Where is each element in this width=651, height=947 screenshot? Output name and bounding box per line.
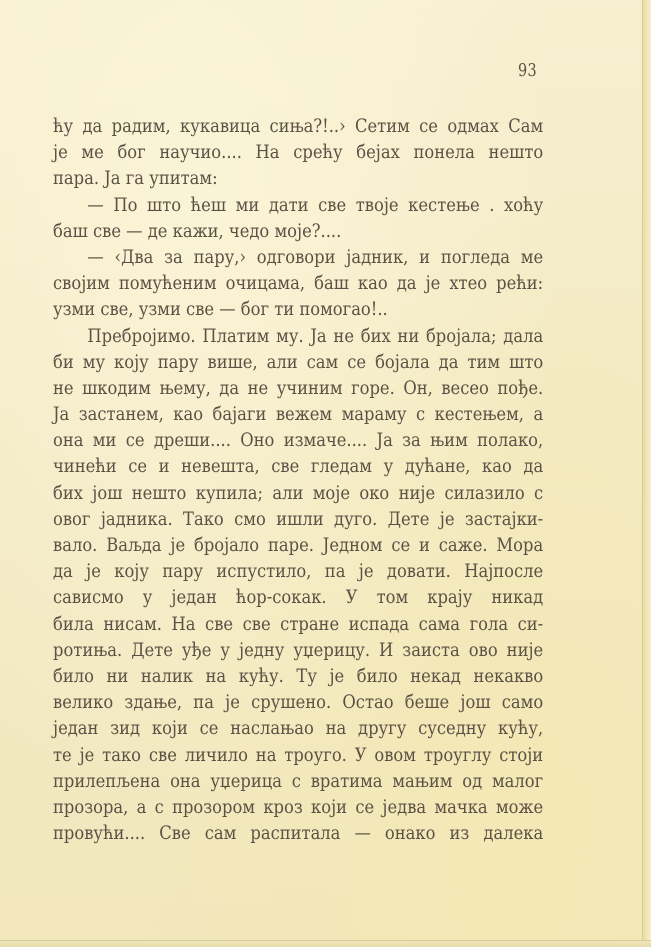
text-line: ћу да радим, кукавица сиња?!..› Сетим се… bbox=[53, 113, 543, 139]
text-line: било ни налик на кућу. Ту је било некад … bbox=[53, 663, 543, 689]
text-line: она ми се дреши.... Оно измаче.... Ја за… bbox=[53, 427, 543, 453]
text-line: овог јадника. Тако смо ишли дуго. Дете ј… bbox=[53, 506, 543, 532]
text-line: те је тако све личило на троуго. У овом … bbox=[53, 742, 543, 768]
text-line: велико здање, па је срушено. Остао беше … bbox=[53, 689, 543, 715]
body-text: ћу да радим, кукавица сиња?!..› Сетим се… bbox=[53, 113, 543, 846]
text-line: Ја застанем, као бајаги вежем мараму с к… bbox=[53, 401, 543, 427]
page-number: 93 bbox=[518, 60, 537, 81]
text-line: Пребројимо. Платим му. Ја не бих ни број… bbox=[53, 323, 543, 349]
page-edge bbox=[642, 0, 651, 947]
text-line: била нисам. На све све стране испада сам… bbox=[53, 611, 543, 637]
text-line: сависмо у један ћор-сокак. У том крају н… bbox=[53, 584, 543, 610]
text-line: — По што ћеш ми дати све твоје кестење .… bbox=[53, 192, 543, 218]
text-line: један зид који се наслањао на другу сусе… bbox=[53, 715, 543, 741]
text-line: не шкодим њему, да не учиним горе. Он, в… bbox=[53, 375, 543, 401]
text-line: својим помућеним очицама, баш као да је … bbox=[53, 270, 543, 296]
page-bottom-edge bbox=[0, 940, 651, 947]
text-line: пара. Ја га упитам: bbox=[53, 165, 543, 191]
text-line: би му коју пару више, али сам се бојала … bbox=[53, 349, 543, 375]
text-line: вало. Ваљда је бројало паре. Једном се и… bbox=[53, 532, 543, 558]
text-line: бих још нешто купила; али моје око није … bbox=[53, 480, 543, 506]
text-line: ротиња. Дете уђе у једну уџерицу. И заис… bbox=[53, 637, 543, 663]
text-line: баш све — де кажи, чедо моје?.... bbox=[53, 218, 543, 244]
text-line: чинећи се и невешта, све гледам у дућане… bbox=[53, 453, 543, 479]
text-line: — ‹Два за пару,› одговори јадник, и погл… bbox=[53, 244, 543, 270]
text-line: да је коју пару испустило, па је довати.… bbox=[53, 558, 543, 584]
book-page: 93 ћу да радим, кукавица сиња?!..› Сетим… bbox=[0, 0, 643, 941]
text-line: узми све, узми све — бог ти помогао!.. bbox=[53, 296, 543, 322]
text-line: је ме бог научио.... На срећу бејах поне… bbox=[53, 139, 543, 165]
text-line: прилепљена она уџерица с вратима мањим о… bbox=[53, 768, 543, 794]
text-line: прозора, а с прозором кроз који се једва… bbox=[53, 794, 543, 820]
text-line: провући.... Све сам распитала — онако из… bbox=[53, 820, 543, 846]
